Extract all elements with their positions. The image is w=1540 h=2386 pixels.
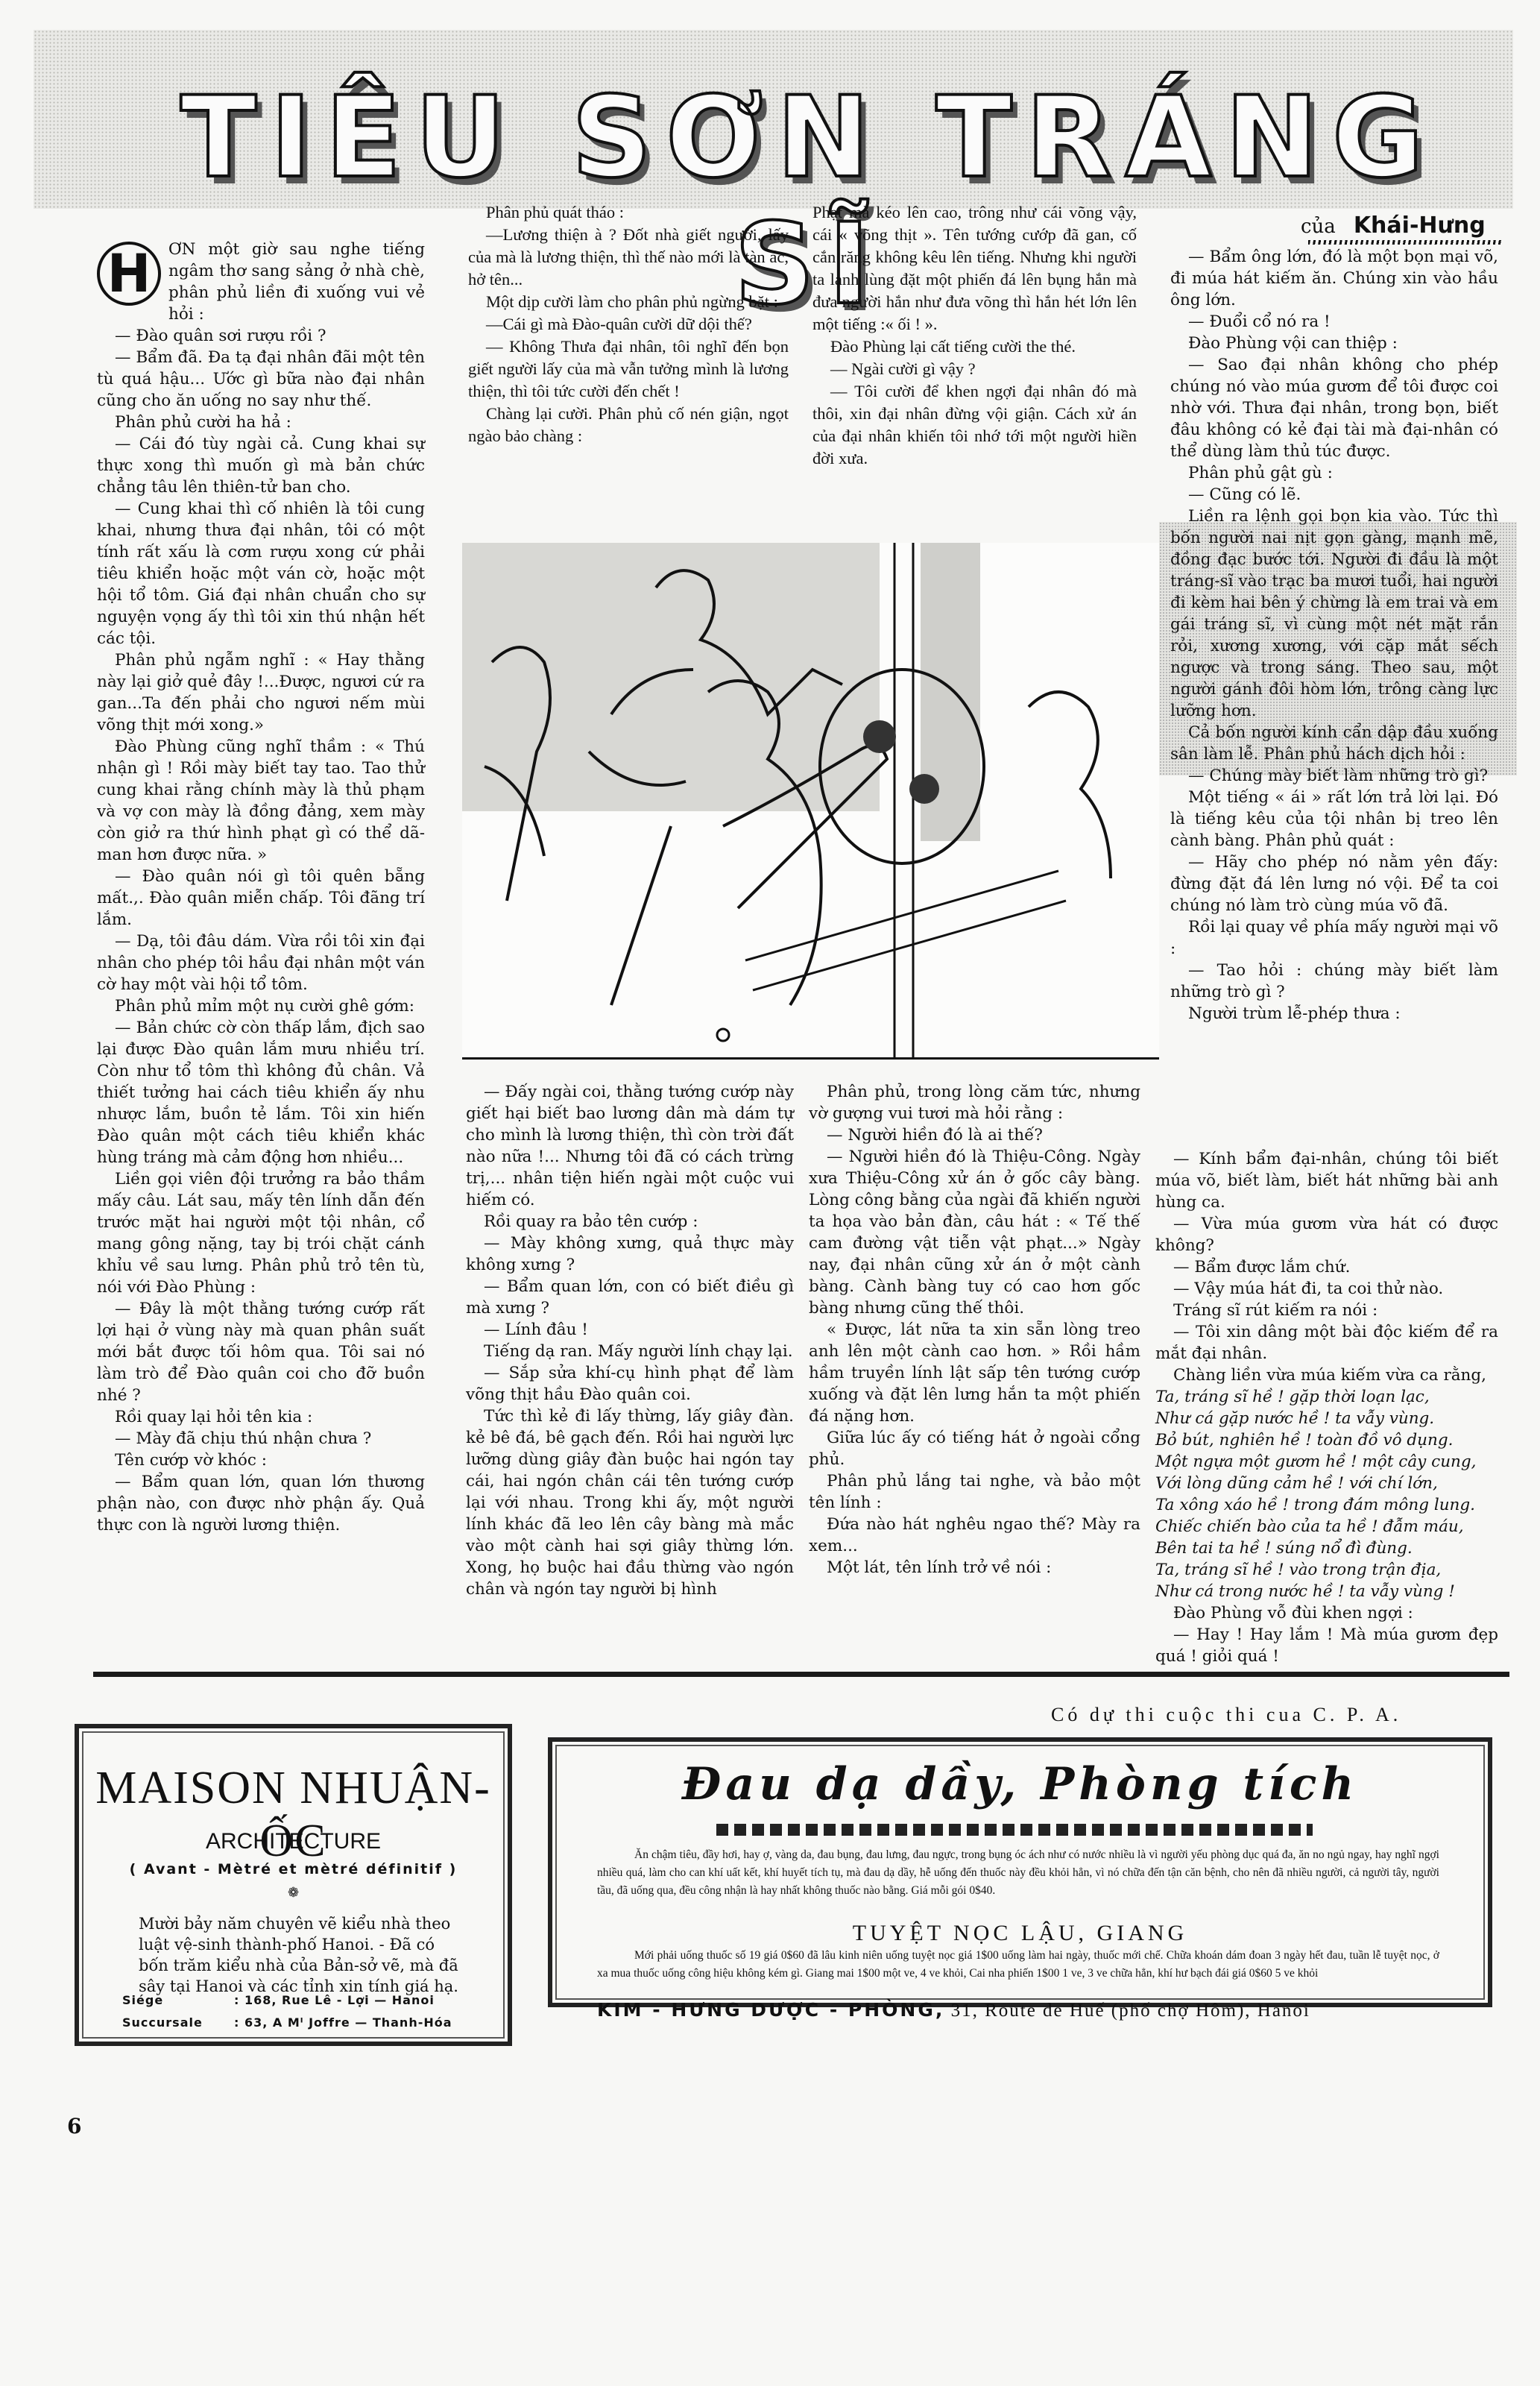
verse-line: Ta, tráng sĩ hề ! gặp thời loạn lạc, [1155, 1386, 1498, 1408]
address-value: : 168, Rue Lê - Lợi — Hanoi [234, 1993, 435, 2007]
ad-subtitle-2: ( Avant - Mètré et mètré définitif ) [79, 1861, 508, 1877]
paragraph: Đứa nào hát nghêu ngao thế? Mày ra xem..… [809, 1514, 1140, 1557]
verse-line: Bên tai ta hề ! súng nổ đì đùng. [1155, 1537, 1498, 1559]
verse-line: Với lòng dũng cảm hề ! với chí lớn, [1155, 1473, 1498, 1494]
paragraph: Đào Phùng cũng nghĩ thầm : « Thú nhận gì… [97, 736, 425, 866]
paragraph: — Mày đã chịu thú nhận chưa ? [97, 1428, 425, 1449]
ad-subheadline: TUYỆT NỌC LẬU, GIANG [552, 1921, 1488, 1946]
song-verse: Ta, tráng sĩ hề ! gặp thời loạn lạc, Như… [1155, 1386, 1498, 1602]
paragraph: Liền ra lệnh gọi bọn kia vào. Tức thì bố… [1170, 506, 1498, 722]
section-divider [93, 1672, 1509, 1677]
address-value: : 63, A Mᴵ Joffre — Thanh-Hóa [234, 2015, 452, 2030]
page-number: 6 [67, 2114, 81, 2138]
paragraph: Liền gọi viên đội trưởng ra bảo thầm mấy… [97, 1168, 425, 1298]
ad-headline: Đau dạ dầy, Phòng tích [552, 1758, 1488, 1810]
article-column-1: H ƠN một giờ sau nghe tiếng ngâm thơ san… [97, 239, 425, 1536]
paragraph: — Cái đó tùy ngài cả. Cung khai sự thực … [97, 433, 425, 498]
paragraph: — Hãy cho phép nó nằm yên đấy: đừng đặt … [1170, 852, 1498, 916]
paragraph: Một tiếng « ái » rất lớn trả lời lại. Đó… [1170, 787, 1498, 852]
paragraph: Tức thì kẻ đi lấy thừng, lấy giây đàn. k… [466, 1406, 794, 1600]
verse-line: Chiếc chiến bào của ta hề ! đẫm máu, [1155, 1516, 1498, 1537]
paragraph: —Lương thiện à ? Đốt nhà giết người, lấy… [468, 224, 789, 291]
paragraph: — Người hiền đó là Thiệu-Công. Ngày xưa … [809, 1146, 1140, 1319]
paragraph: — Đào quân nói gì tôi quên bẵng mất.,. Đ… [97, 866, 425, 931]
paragraph: — Bẩm được lắm chứ. [1155, 1256, 1498, 1278]
paragraph: — Bản chức cờ còn thấp lắm, địch sao lại… [97, 1017, 425, 1168]
paragraph: Giữa lúc ấy có tiếng hát ở ngoài cổng ph… [809, 1427, 1140, 1470]
paragraph: Phân phủ, trong lòng căm tức, nhưng vờ g… [809, 1081, 1140, 1124]
address-line: Siége : 168, Rue Lê - Lợi — Hanoi [122, 1993, 480, 2007]
paragraph: — Tôi xin dâng một bài độc kiếm để ra mắ… [1155, 1321, 1498, 1364]
paragraph: Phân phủ mỉm một nụ cười ghê gớm: [97, 995, 425, 1017]
contest-note: Có dự thi cuộc thi cua C. P. A. [1051, 1704, 1401, 1726]
verse-line: Như cá gặp nước hề ! ta vẫy vùng. [1155, 1408, 1498, 1429]
ad-footer: KIM - HƯNG DƯỢC - PHÒNG, 31, Route de Hu… [597, 1999, 1447, 2021]
pharmacy-advertisement: Đau dạ dầy, Phòng tích Ăn chậm tiêu, đầy… [548, 1737, 1492, 2007]
paragraph: Phân phủ gật gù : [1170, 462, 1498, 484]
paragraph: Rồi quay ra bảo tên cướp : [466, 1211, 794, 1233]
paragraph: — Bẩm đã. Đa tạ đại nhân đãi một tên tù … [97, 347, 425, 412]
article-column-3: Phạt mà kéo lên cao, trông như cái võng … [812, 201, 1137, 470]
paragraph: — Bẩm quan lớn, quan lớn thương phận nào… [97, 1471, 425, 1536]
paragraph: — Sao đại nhân không cho phép chúng nó v… [1170, 354, 1498, 462]
verse-line: Ta xông xáo hề ! trong đám mông lung. [1155, 1494, 1498, 1516]
ornament-icon: ❁ [79, 1885, 508, 1901]
paragraph: Đào Phùng lại cất tiếng cười the thé. [812, 336, 1137, 358]
paragraph: — Cũng có lẽ. [1170, 484, 1498, 506]
drop-cap: H [97, 242, 161, 306]
byline: củaKhái-Hưng [1301, 213, 1486, 239]
paragraph: — Người hiền đó là ai thế? [809, 1124, 1140, 1146]
author-name: Khái-Hưng [1354, 213, 1486, 239]
paragraph: — Vậy múa hát đi, ta coi thử nào. [1155, 1278, 1498, 1300]
paragraph: — Sắp sửa khí-cụ hình phạt để làm võng t… [466, 1362, 794, 1406]
byline-prefix: của [1301, 215, 1336, 238]
article-column-4: — Bẩm ông lớn, đó là một bọn mại võ, đi … [1170, 246, 1498, 1024]
article-column-7: — Kính bẩm đại-nhân, chúng tôi biết múa … [1155, 1148, 1498, 1667]
paragraph: — Đào quân sơi rượu rồi ? [97, 325, 425, 347]
paragraph: Chàng liền vừa múa kiếm vừa ca rằng, [1155, 1364, 1498, 1386]
verse-line: Như cá trong nước hề ! ta vẫy vùng ! [1155, 1581, 1498, 1602]
paragraph: Tiếng dạ ran. Mấy người lính chạy lại. [466, 1341, 794, 1362]
paragraph: — Hay ! Hay lắm ! Mà múa gươm đẹp quá ! … [1155, 1624, 1498, 1667]
paragraph: — Tôi cười để khen ngợi đại nhân đó mà t… [812, 380, 1137, 470]
paragraph: Đào Phùng vội can thiệp : [1170, 333, 1498, 354]
paragraph: Phân phủ lắng tai nghe, và bảo một tên l… [809, 1470, 1140, 1514]
paragraph: Một dịp cười làm cho phân phủ ngừng bặt … [468, 291, 789, 313]
article-column-6: Phân phủ, trong lòng căm tức, nhưng vờ g… [809, 1081, 1140, 1578]
paragraph: — Bẩm quan lớn, con có biết điều gì mà x… [466, 1276, 794, 1319]
architecture-advertisement: MAISON NHUẬN-ỐC ARCHITECTURE ( Avant - M… [75, 1724, 512, 2046]
verse-line: Một ngựa một gươm hề ! một cây cung, [1155, 1451, 1498, 1473]
paragraph: Phân phủ ngẫm nghĩ : « Hay thằng này lại… [97, 649, 425, 736]
masthead-banner: TIÊU SƠN TRÁNG SĨ [34, 30, 1513, 209]
byline-underline [1308, 240, 1502, 245]
address-label: Succursale [122, 2015, 234, 2030]
article-column-2: Phân phủ quát tháo : —Lương thiện à ? Đố… [468, 201, 789, 447]
paragraph: — Chúng mày biết làm những trò gì? [1170, 765, 1498, 787]
verse-line: Ta, tráng sĩ hề ! vào trong trận địa, [1155, 1559, 1498, 1581]
paragraph: Đào Phùng vỗ đùi khen ngợi : [1155, 1602, 1498, 1624]
paragraph: « Được, lát nữa ta xin sẵn lòng treo anh… [809, 1319, 1140, 1427]
ad-paragraph: Ăn chậm tiêu, đầy hơi, hay ợ, vàng da, đ… [597, 1846, 1439, 1900]
decorative-border [716, 1824, 1313, 1836]
paragraph: — Không Thưa đại nhân, tôi nghĩ đến bọn … [468, 336, 789, 403]
newspaper-page: TIÊU SƠN TRÁNG SĨ củaKhái-Hưng H ƠN một … [0, 0, 1540, 2386]
paragraph: Rồi lại quay về phía mấy người mại võ : [1170, 916, 1498, 960]
paragraph: — Đuổi cổ nó ra ! [1170, 311, 1498, 333]
article-column-5: — Đấy ngài coi, thằng tướng cướp này giế… [466, 1081, 794, 1600]
paragraph: — Vừa múa gươm vừa hát có được không? [1155, 1213, 1498, 1256]
paragraph: Rồi quay lại hỏi tên kia : [97, 1406, 425, 1428]
paragraph: — Bẩm ông lớn, đó là một bọn mại võ, đi … [1170, 246, 1498, 311]
story-illustration [462, 543, 1159, 1060]
address-line: Succursale : 63, A Mᴵ Joffre — Thanh-Hóa [122, 2015, 480, 2030]
paragraph: — Mày không xưng, quả thực mày không xưn… [466, 1233, 794, 1276]
paragraph: — Dạ, tôi đâu dám. Vừa rồi tôi xin đại n… [97, 931, 425, 995]
ad-subtitle: ARCHITECTURE [79, 1829, 508, 1854]
paragraph: Phân phủ quát tháo : [468, 201, 789, 224]
paragraph: Cả bốn người kính cẩn dập đầu xuống sân … [1170, 722, 1498, 765]
paragraph: — Đấy ngài coi, thằng tướng cướp này giế… [466, 1081, 794, 1211]
paragraph: — Ngài cười gì vậy ? [812, 358, 1137, 380]
swordsman-illustration-icon [462, 543, 1159, 1057]
pharmacy-address: 31, Route de Huế (phố chợ Hôm), Hanoi [951, 2001, 1310, 2021]
paragraph: — Cung khai thì cố nhiên là tôi cung kha… [97, 498, 425, 649]
paragraph: — Tao hỏi : chúng mày biết làm những trò… [1170, 960, 1498, 1003]
paragraph: Phân phủ cười ha hả : [97, 412, 425, 433]
address-label: Siége [122, 1993, 234, 2007]
paragraph: Chàng lại cười. Phân phủ cố nén giận, ng… [468, 403, 789, 447]
ad-paragraph: Mới phải uống thuốc số 19 giá 0$60 đã lâ… [597, 1947, 1439, 1983]
brand-first: MAISON [95, 1763, 287, 1813]
paragraph: —Cái gì mà Đào-quân cười dữ dội thế? [468, 313, 789, 336]
paragraph: — Lính đâu ! [466, 1319, 794, 1341]
paragraph: Người trùm lễ-phép thưa : [1170, 1003, 1498, 1024]
paragraph: Phạt mà kéo lên cao, trông như cái võng … [812, 201, 1137, 336]
paragraph: — Kính bẩm đại-nhân, chúng tôi biết múa … [1155, 1148, 1498, 1213]
paragraph: Một lát, tên lính trở về nói : [809, 1557, 1140, 1578]
paragraph: Tráng sĩ rút kiếm ra nói : [1155, 1300, 1498, 1321]
pharmacy-name: KIM - HƯNG DƯỢC - PHÒNG, [597, 1999, 944, 2021]
ad-body: Mười bảy năm chuyên vẽ kiểu nhà theo luậ… [139, 1913, 459, 1997]
paragraph: Tên cướp vờ khóc : [97, 1449, 425, 1471]
paragraph: — Đây là một thằng tướng cướp rất lợi hạ… [97, 1298, 425, 1406]
verse-line: Bỏ bút, nghiên hề ! toàn đồ vô dụng. [1155, 1429, 1498, 1451]
